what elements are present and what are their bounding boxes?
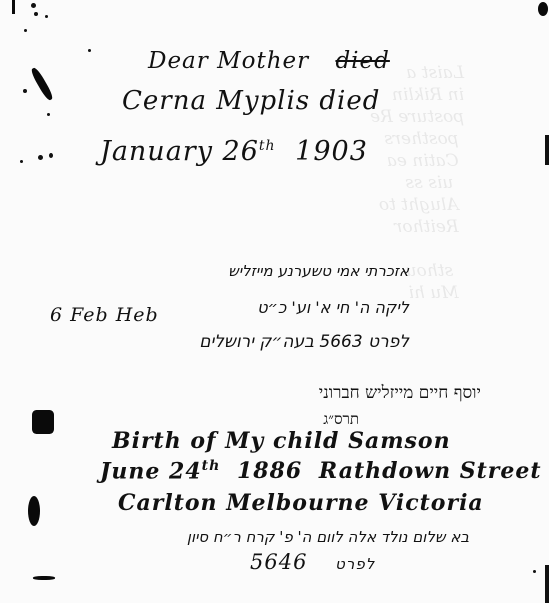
death-year: 1903 [295, 136, 368, 167]
struck-word: died [335, 48, 389, 74]
page-edge [545, 135, 549, 165]
birth-hebrew-line: בא שלום נולד אלה לוום ה' פ' קרח ר״ח סיון [187, 528, 469, 546]
ink-speck [49, 153, 53, 158]
ink-smudge [30, 66, 55, 101]
ink-speck [88, 49, 91, 52]
birth-hebrew-year: 5646 לפרט [250, 550, 375, 574]
ink-speck [31, 3, 36, 8]
birth-date-suffix: th [202, 458, 221, 474]
ink-speck [20, 160, 23, 163]
hebrew-line-1: אזכרתי אמי טשערנע מייזליש [228, 262, 409, 280]
death-record-date: January 26th 1903 [100, 136, 368, 167]
date-suffix: th [259, 138, 276, 154]
birth-year: 1886 [237, 458, 302, 484]
signature-name: יוסף חיים מייזליש חברוני [319, 383, 481, 403]
ink-blot [12, 0, 15, 14]
death-record-heading: Dear Mother died [148, 48, 390, 74]
ink-blot [538, 2, 548, 16]
ink-speck [47, 113, 50, 116]
death-date: January 26 [100, 136, 259, 167]
page-edge [545, 565, 549, 603]
ink-speck [23, 89, 27, 93]
ink-speck [38, 155, 43, 160]
hebrew-line-2: ליקה ה' חי א' וע' כ״ט [257, 298, 409, 317]
death-record-name: Cerna Myplis died [122, 86, 380, 116]
signature-year: תרס״ג [323, 410, 359, 429]
birth-record-heading: Birth of My child Samson [112, 428, 451, 454]
birth-street: Rathdown Street [319, 458, 542, 484]
ink-speck [45, 15, 48, 18]
birth-record-date-place: June 24th 1886 Rathdown Street [100, 458, 542, 484]
birth-hebrew-year-note: לפרט [335, 555, 375, 573]
hebrew-line-3: לפרט 5663 בעה״ק ירושלים [199, 332, 409, 352]
bleed-through-text: Laist a in Riklin posture Re posthers Ca… [370, 40, 464, 326]
birth-date: June 24 [100, 458, 202, 484]
ink-speck [533, 570, 536, 573]
ink-smudge [33, 576, 55, 580]
scanned-page: Laist a in Riklin posture Re posthers Ca… [0, 0, 549, 603]
birth-record-city: Carlton Melbourne Victoria [118, 490, 484, 516]
ink-speck [24, 29, 27, 32]
birth-hebrew-year-number: 5646 [250, 550, 307, 574]
ink-blot [28, 496, 40, 526]
ink-blot [32, 410, 54, 434]
ink-speck [34, 12, 38, 16]
hebrew-line-2-english: 6 Feb Heb [50, 304, 159, 326]
dear-mother-text: Dear Mother [148, 48, 309, 74]
